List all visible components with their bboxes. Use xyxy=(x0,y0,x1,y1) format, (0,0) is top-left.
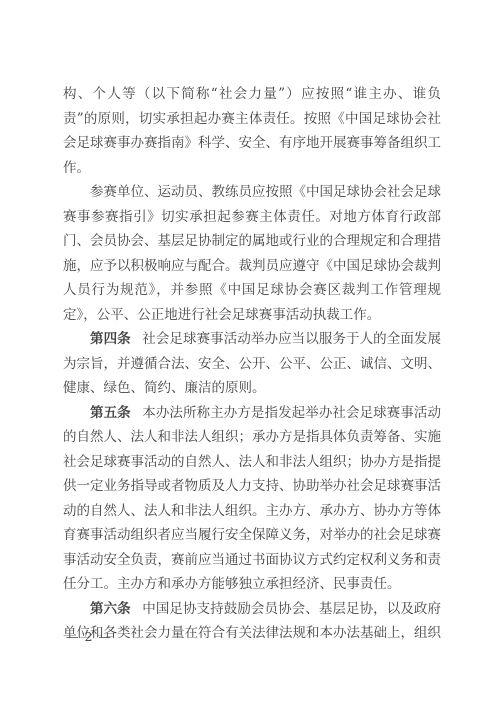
document-content: 构、个人等（以下简称“社会力量”）应按照“谁主办、谁负责”的原则，切实承担起办赛… xyxy=(63,82,441,646)
article-label: 第五条 xyxy=(90,405,131,421)
paragraph-text: 本办法所称主办方是指发起举办社会足球赛事活动的自然人、法人和非法人组织；承办方是… xyxy=(63,405,441,593)
document-page: 构、个人等（以下简称“社会力量”）应按照“谁主办、谁负责”的原则，切实承担起办赛… xyxy=(0,0,500,707)
page-number: — 2 — xyxy=(66,629,112,645)
paragraph-text: 构、个人等（以下简称“社会力量”）应按照“谁主办、谁负责”的原则，切实承担起办赛… xyxy=(63,86,441,176)
paragraph-text: 参赛单位、运动员、教练员应按照《中国足球协会社会足球赛事参赛指引》切实承担起参赛… xyxy=(63,184,441,323)
paragraph-article-4: 第四条社会足球赛事活动举办应当以服务于人的全面发展为宗旨，并遵循合法、安全、公开… xyxy=(63,327,441,401)
paragraph-article-5: 第五条本办法所称主办方是指发起举办社会足球赛事活动的自然人、法人和非法人组织；承… xyxy=(63,401,441,597)
article-label: 第四条 xyxy=(90,331,131,347)
article-label: 第六条 xyxy=(90,601,131,617)
paragraph: 参赛单位、运动员、教练员应按照《中国足球协会社会足球赛事参赛指引》切实承担起参赛… xyxy=(63,180,441,327)
paragraph-article-6: 第六条中国足协支持鼓励会员协会、基层足协，以及政府单位和各类社会力量在符合有关法… xyxy=(63,597,441,646)
paragraph: 构、个人等（以下简称“社会力量”）应按照“谁主办、谁负责”的原则，切实承担起办赛… xyxy=(63,82,441,180)
